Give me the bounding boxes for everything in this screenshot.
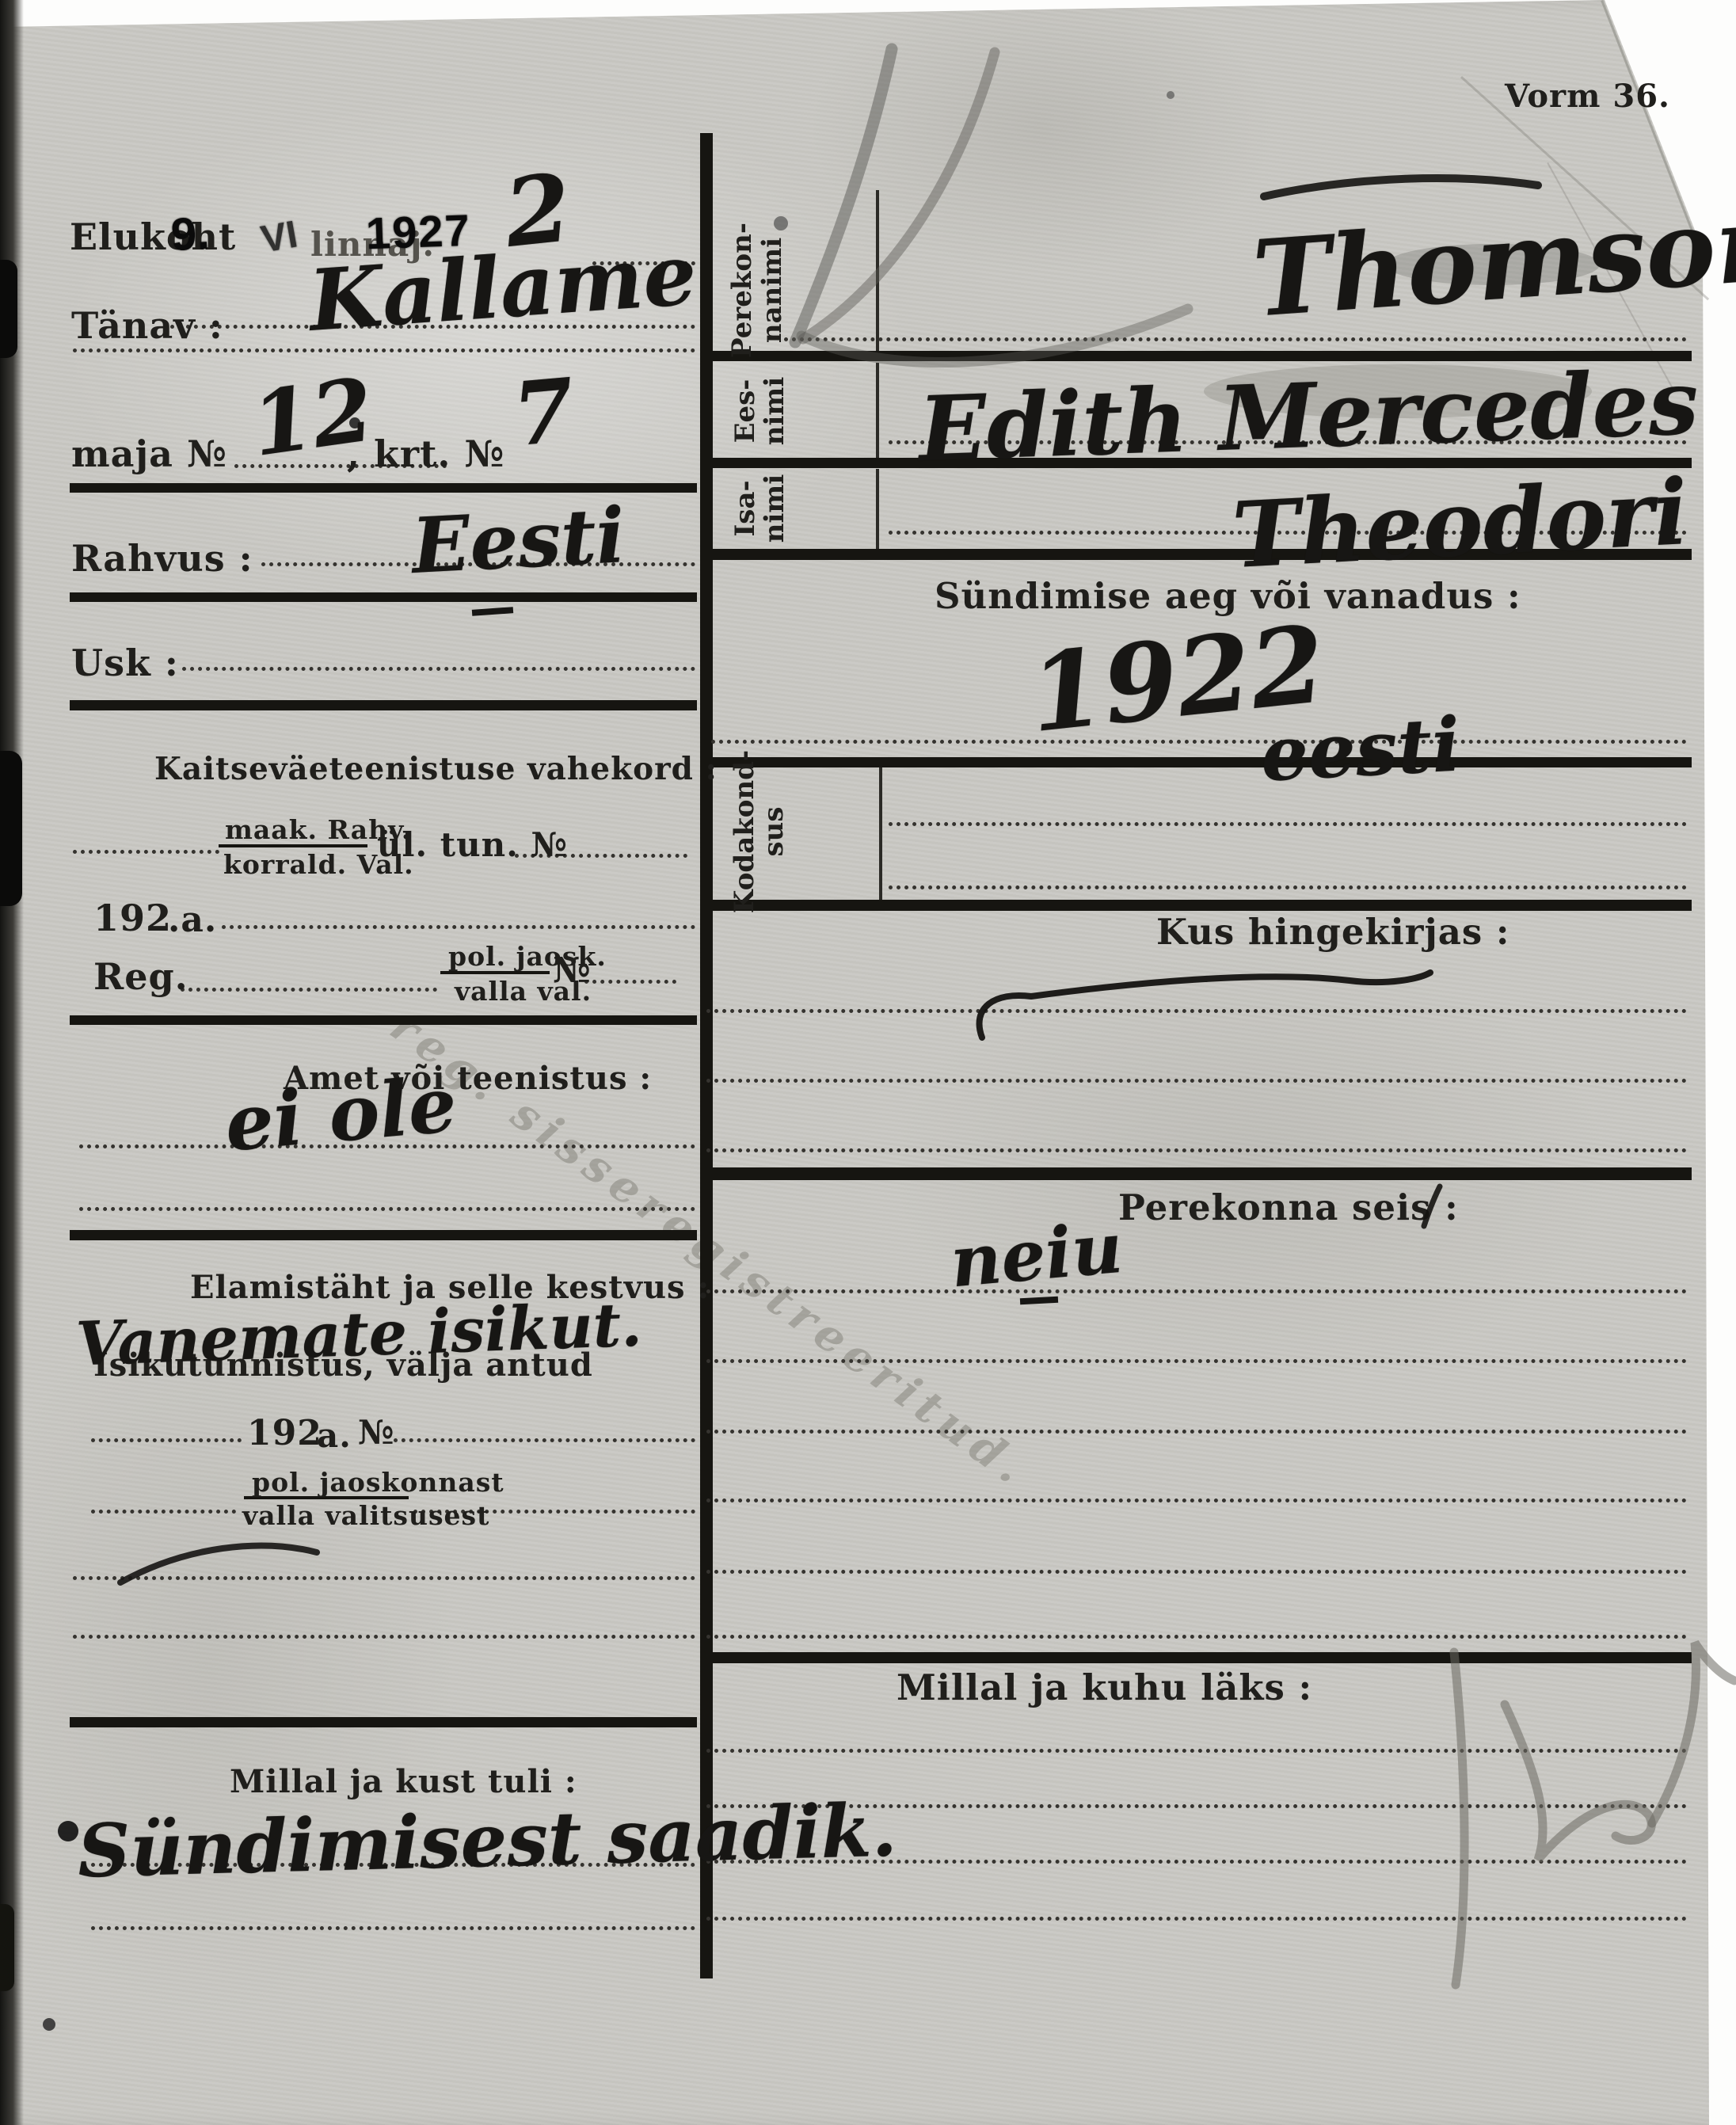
ink-flourish [120,1546,317,1582]
pencil-scribble [1505,1704,1651,1860]
apt-no-value: 7 [509,359,578,466]
ink-caret [1424,1186,1440,1226]
ink-speck [774,216,788,230]
ink-speck [1167,91,1174,99]
pencil-mark [801,309,1188,363]
pencil-scribble [1652,1643,1734,1823]
house-no-value: 12 [246,358,380,476]
pencil-mark [795,49,892,342]
ink-speck [58,1821,78,1841]
scanned-document: reg. sisseregistreeritud. [0,0,1736,2125]
marital-status-value: neiu [947,1206,1126,1304]
ink-speck [43,2018,55,2031]
ink-flourish [1264,178,1538,196]
pencil-mark [803,52,995,339]
ink-swoosh [980,973,1430,1038]
pencil-scribble [1454,1652,1464,1985]
nationality-value: Eesti [409,490,627,591]
citizenship-value: eesti [1258,701,1462,798]
